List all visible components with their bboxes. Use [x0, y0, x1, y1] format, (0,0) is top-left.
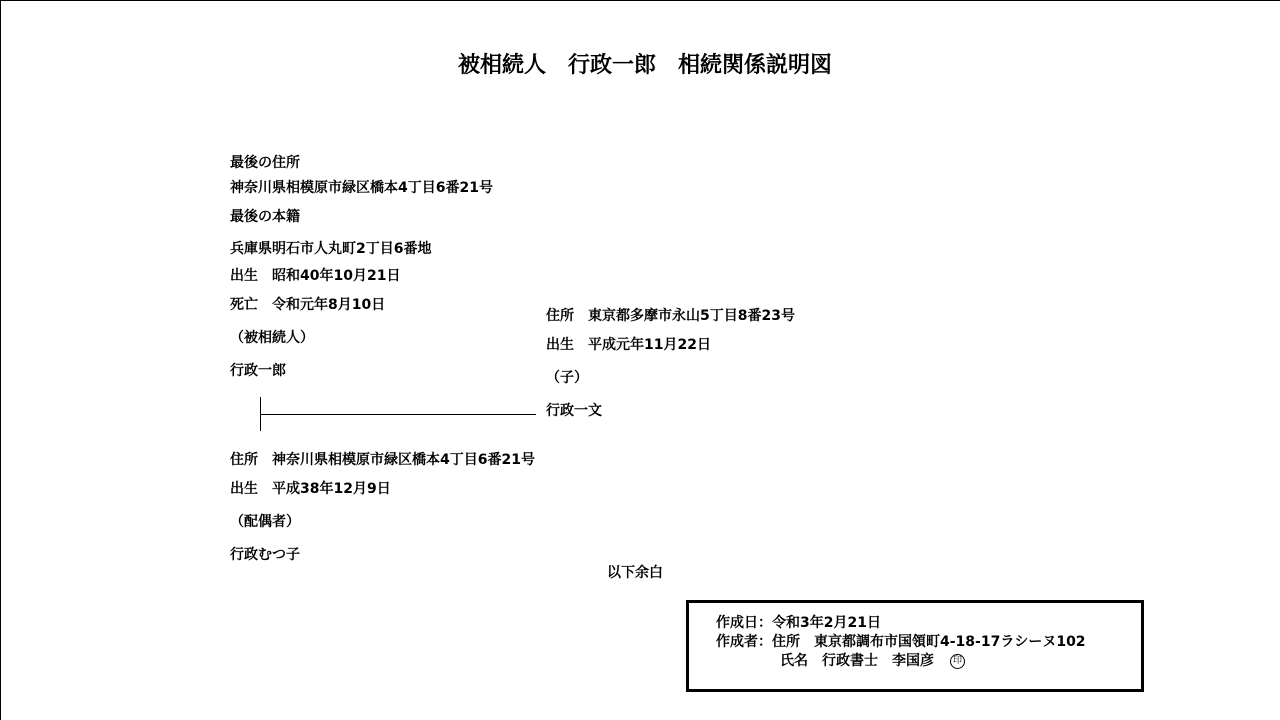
page-frame-top: [0, 0, 1280, 1]
child-role: （子）: [546, 369, 588, 387]
spouse-role: （配偶者）: [230, 513, 300, 531]
page-frame-left: [0, 0, 1, 720]
decedent-death: 死亡 令和元年8月10日: [230, 296, 385, 314]
date-row: 作成日：令和3年2月21日: [716, 614, 881, 633]
last-domicile: 兵庫県明石市人丸町2丁目6番地: [230, 240, 431, 258]
creator-label: 作成者：: [716, 634, 772, 650]
creation-date: 令和3年2月21日: [772, 615, 881, 631]
creator-name-row: 氏名 行政書士 李国彦印: [780, 652, 965, 671]
creator-name: 氏名 行政書士 李国彦: [780, 653, 934, 669]
last-domicile-label: 最後の本籍: [230, 208, 300, 226]
decedent-birth: 出生 昭和40年10月21日: [230, 267, 400, 285]
creator-row: 作成者：住所 東京都調布市国領町4-18-17ラシーヌ102: [716, 633, 1086, 652]
date-label: 作成日：: [716, 615, 772, 631]
remainder-note: 以下余白: [607, 564, 663, 582]
decedent-name: 行政一郎: [230, 362, 286, 380]
spouse-name: 行政むつ子: [230, 546, 300, 564]
seal-icon: 印: [950, 654, 965, 669]
last-address: 神奈川県相模原市緑区橋本4丁目6番21号: [230, 179, 493, 197]
document-title: 被相続人 行政一郎 相続関係説明図: [0, 51, 1280, 81]
last-address-label: 最後の住所: [230, 154, 300, 172]
creator-address: 住所 東京都調布市国領町4-18-17ラシーヌ102: [772, 634, 1086, 650]
child-connector-line: [261, 414, 536, 415]
child-birth: 出生 平成元年11月22日: [546, 336, 711, 354]
spouse-address: 住所 神奈川県相模原市緑区橋本4丁目6番21号: [230, 451, 535, 469]
spouse-birth: 出生 平成38年12月9日: [230, 480, 391, 498]
creator-box: 作成日：令和3年2月21日 作成者：住所 東京都調布市国領町4-18-17ラシー…: [686, 600, 1144, 692]
child-name: 行政一文: [546, 402, 602, 420]
child-address: 住所 東京都多摩市永山5丁目8番23号: [546, 307, 795, 325]
decedent-role: （被相続人）: [230, 329, 314, 347]
